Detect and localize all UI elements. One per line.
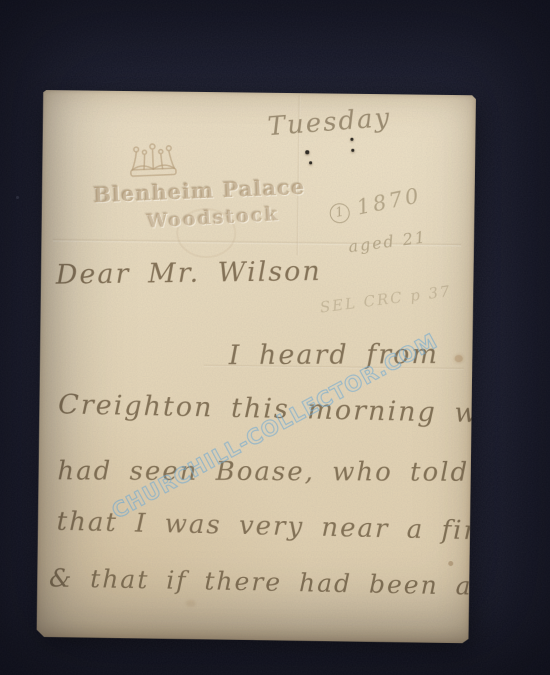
annotation-reference: SEL CRC p 37 bbox=[319, 282, 453, 317]
letter-line: I heard from bbox=[229, 339, 439, 371]
letter-line: had seen Boase, who told him bbox=[57, 456, 542, 488]
letter-line: that I was very near a first - bbox=[56, 507, 534, 548]
photo-background: Tuesday bbox=[0, 0, 550, 675]
pinhole bbox=[350, 138, 353, 141]
letter-line: & that if there had been all the bbox=[49, 563, 550, 602]
letterhead: Blenheim Palace Woodstock bbox=[91, 132, 315, 234]
stain-spot bbox=[186, 600, 196, 607]
annotation-circled-number: 1 bbox=[328, 201, 352, 225]
paper-sheet: Tuesday bbox=[35, 90, 476, 643]
annotation-aged: aged 21 bbox=[347, 227, 428, 256]
stain-spot bbox=[448, 561, 453, 566]
letter-line: Creighton this morning who bbox=[58, 389, 518, 430]
annotation-year-value: 1870 bbox=[355, 183, 424, 219]
stain-spot bbox=[455, 355, 463, 362]
salutation-line: Dear Mr. Wilson bbox=[56, 256, 322, 291]
letter-paper: Tuesday bbox=[35, 90, 476, 643]
pinhole bbox=[351, 149, 354, 152]
annotation-year: 11870 bbox=[327, 183, 423, 225]
coronet-icon bbox=[117, 137, 189, 182]
fabric-speck bbox=[16, 196, 19, 199]
watermark-overlay: CHURCHILL-COLLECTOR.COM bbox=[108, 346, 410, 524]
